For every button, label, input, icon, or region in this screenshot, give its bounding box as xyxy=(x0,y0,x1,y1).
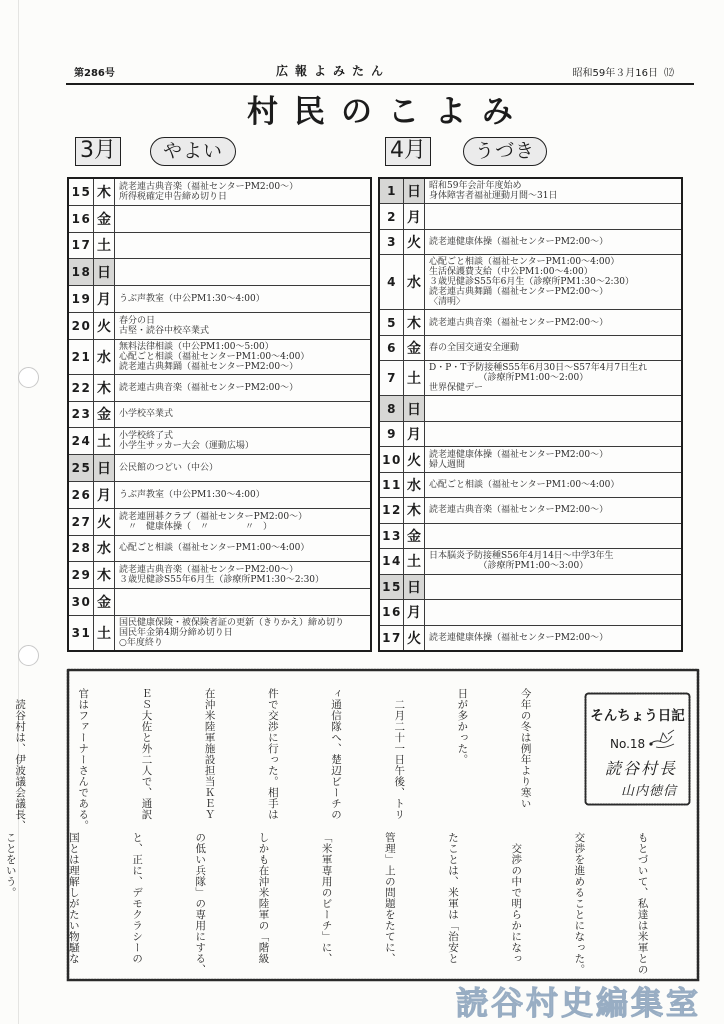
weekday-cell: 水 xyxy=(404,473,425,497)
weekday-cell: 水 xyxy=(94,536,115,562)
calendar-row: 2 月 xyxy=(380,204,681,229)
date-cell: 22 xyxy=(69,375,94,401)
event-text: 小学校終了式 小学生サッカー大会（運動広場） xyxy=(115,428,370,454)
calendar-row: 4 水 心配ごと相談（福祉センターPM1:00～4:00） 生活保護費支給（中公… xyxy=(380,255,681,310)
date-cell: 29 xyxy=(69,562,94,588)
event-text: 国民健康保険・被保険者証の更新（きりかえ）締め切り 国民年金第4期分締め切り日 … xyxy=(115,616,370,650)
weekday-cell: 水 xyxy=(94,340,115,374)
march-calendar: 15 木 読老連古典音楽（福祉センターPM2:00～） 所得税確定申告締め切り日… xyxy=(67,177,372,652)
date-cell: 28 xyxy=(69,536,94,562)
date-cell: 2 xyxy=(380,204,404,228)
event-text: 心配ごと相談（福祉センターPM1:00～4:00） 生活保護費支給（中公PM1:… xyxy=(425,255,681,309)
event-text xyxy=(115,233,370,259)
archive-watermark: 読谷村史編集室 xyxy=(456,978,701,1024)
calendar-row: 1 日 昭和59年会計年度始め 身体障害者福祉運動月間～31日 xyxy=(380,179,681,204)
author-title: 読谷村長 xyxy=(596,756,686,779)
calendar-row: 25 日 公民館のつどい（中公） xyxy=(69,455,370,482)
date-cell: 8 xyxy=(380,396,404,420)
calendar-row: 8 日 xyxy=(380,396,681,421)
date-cell: 6 xyxy=(380,336,404,360)
event-text: 読老連健康体操（福祉センターPM2:00～） xyxy=(425,626,681,650)
calendar-row: 23 金 小学校卒業式 xyxy=(69,402,370,429)
text-column: しかも在沖米陸軍の「階級 xyxy=(255,832,271,978)
diary-number: No.18 xyxy=(610,737,645,751)
weekday-cell: 日 xyxy=(94,455,115,481)
event-text xyxy=(425,422,681,446)
date-cell: 24 xyxy=(69,428,94,454)
event-text xyxy=(115,206,370,232)
weekday-cell: 金 xyxy=(94,589,115,615)
date-cell: 27 xyxy=(69,509,94,535)
calendar-row: 27 火 読老連囲碁クラブ（福祉センターPM2:00～） 〃 健康体操（ 〃 〃… xyxy=(69,509,370,536)
event-text xyxy=(425,396,681,420)
date-cell: 12 xyxy=(380,498,404,522)
calendar-row: 28 水 心配ごと相談（福祉センターPM1:00～4:00） xyxy=(69,536,370,563)
text-column: 官はファーナーさんである。 xyxy=(75,688,91,824)
text-column: 国とは理解しがたい物騒な xyxy=(65,832,81,978)
bird-sketch-icon xyxy=(646,728,680,754)
event-text: 読老連囲碁クラブ（福祉センターPM2:00～） 〃 健康体操（ 〃 〃 ） xyxy=(115,509,370,535)
weekday-cell: 金 xyxy=(94,206,115,232)
calendar-row: 3 火 読老連健康体操（福祉センターPM2:00～） xyxy=(380,230,681,255)
event-text xyxy=(115,589,370,615)
event-text: うぶ声教室（中公PM1:30～4:00） xyxy=(115,482,370,508)
date-cell: 23 xyxy=(69,402,94,428)
date-cell: 20 xyxy=(69,313,94,339)
weekday-cell: 月 xyxy=(404,422,425,446)
event-text xyxy=(115,259,370,285)
calendar-row: 19 月 うぶ声教室（中公PM1:30～4:00） xyxy=(69,286,370,313)
date-cell: 17 xyxy=(69,233,94,259)
text-column: たことは、米軍は「治安と xyxy=(444,832,460,978)
diary-title-box: そんちょう日記 No.18 読谷村長 山内徳信 xyxy=(584,692,691,806)
text-column: 件で交渉に行った。相手は xyxy=(264,688,280,824)
weekday-cell: 水 xyxy=(404,255,425,309)
calendar-row: 16 金 xyxy=(69,206,370,233)
issue-number: 第286号 xyxy=(74,64,115,79)
weekday-cell: 木 xyxy=(94,375,115,401)
event-text xyxy=(425,600,681,624)
calendar-row: 14 土 日本脳炎予防接種S56年4月14日～中学3年生 （診療所PM1:00～… xyxy=(380,549,681,574)
weekday-cell: 火 xyxy=(404,230,425,254)
date-cell: 11 xyxy=(380,473,404,497)
weekday-cell: 火 xyxy=(404,447,425,471)
date-cell: 31 xyxy=(69,616,94,650)
date-cell: 26 xyxy=(69,482,94,508)
calendar-row: 18 日 xyxy=(69,259,370,286)
event-text: 読老連古典音楽（福祉センターPM2:00～） 所得税確定申告締め切り日 xyxy=(115,179,370,205)
date-cell: 5 xyxy=(380,310,404,334)
calendar-row: 26 月 うぶ声教室（中公PM1:30～4:00） xyxy=(69,482,370,509)
weekday-cell: 木 xyxy=(94,179,115,205)
text-column: の低い兵隊」の専用にする、 xyxy=(192,832,208,978)
march-month-name: やよい xyxy=(150,137,236,166)
weekday-cell: 日 xyxy=(404,396,425,420)
date-cell: 10 xyxy=(380,447,404,471)
event-text: 春の全国交通安全運動 xyxy=(425,336,681,360)
text-column: 管理」上の問題をたてに、 xyxy=(381,832,397,978)
date-cell: 13 xyxy=(380,524,404,548)
calendar-row: 29 木 読老連古典音楽（福祉センターPM2:00～） ３歳児健診S55年6月生… xyxy=(69,562,370,589)
text-column: 二月二十一日午後、トリ xyxy=(390,688,406,824)
text-column: 日が多かった。 xyxy=(454,688,470,824)
date-cell: 1 xyxy=(380,179,404,203)
event-text xyxy=(425,524,681,548)
calendar-row: 11 水 心配ごと相談（福祉センターPM1:00～4:00） xyxy=(380,473,681,498)
weekday-cell: 火 xyxy=(404,626,425,650)
date-cell: 17 xyxy=(380,626,404,650)
page-number: ⑿ xyxy=(664,68,674,79)
calendar-row: 20 火 春分の日 古堅・読谷中校卒業式 xyxy=(69,313,370,340)
weekday-cell: 金 xyxy=(404,524,425,548)
april-month-name: うづき xyxy=(463,137,547,166)
mayor-diary-article: 今年の冬は例年より寒い 日が多かった。 二月二十一日午後、トリ ィ通信隊へ、楚辺… xyxy=(66,668,700,982)
event-text: うぶ声教室（中公PM1:30～4:00） xyxy=(115,286,370,312)
article-text-lower: もとづいて、私達は米軍との 交渉を進めることになった。 交渉の中で明らかになっ … xyxy=(0,832,697,978)
text-column: 交渉の中で明らかになっ xyxy=(507,832,523,978)
event-text: 春分の日 古堅・読谷中校卒業式 xyxy=(115,313,370,339)
calendar-row: 30 金 xyxy=(69,589,370,616)
binder-hole xyxy=(18,645,39,666)
event-text: 読老連古典音楽（福祉センターPM2:00～） xyxy=(425,498,681,522)
date-cell: 18 xyxy=(69,259,94,285)
weekday-cell: 土 xyxy=(94,616,115,650)
event-text: 無料法律相談（中公PM1:00～5:00） 心配ごと相談（福祉センターPM1:0… xyxy=(115,340,370,374)
weekday-cell: 金 xyxy=(404,336,425,360)
text-column: 在沖米陸軍施設担当ＫＥＹ xyxy=(201,688,217,824)
binder-hole xyxy=(18,367,39,388)
event-text: 読老連古典音楽（福祉センターPM2:00～） xyxy=(115,375,370,401)
weekday-cell: 木 xyxy=(94,562,115,588)
calendar-row: 7 土 D・P・T予防接種S55年6月30日～S57年4月7日生れ （診療所PM… xyxy=(380,361,681,396)
event-text: 公民館のつどい（中公） xyxy=(115,455,370,481)
article-text-upper: 今年の冬は例年より寒い 日が多かった。 二月二十一日午後、トリ ィ通信隊へ、楚辺… xyxy=(0,688,580,824)
weekday-cell: 日 xyxy=(94,259,115,285)
event-text: 心配ごと相談（福祉センターPM1:00～4:00） xyxy=(115,536,370,562)
event-text: 日本脳炎予防接種S56年4月14日～中学3年生 （診療所PM1:00～3:00） xyxy=(425,549,681,573)
issue-date: 昭和59年３月16日⑿ xyxy=(573,64,674,79)
weekday-cell: 月 xyxy=(94,482,115,508)
calendar-row: 17 土 xyxy=(69,233,370,260)
header-rule xyxy=(66,83,694,85)
event-text xyxy=(425,575,681,599)
weekday-cell: 土 xyxy=(94,233,115,259)
text-column: 「米軍専用のビーチ」に、 xyxy=(318,832,334,978)
weekday-cell: 土 xyxy=(94,428,115,454)
date-cell: 19 xyxy=(69,286,94,312)
calendar-row: 6 金 春の全国交通安全運動 xyxy=(380,336,681,361)
calendar-row: 15 木 読老連古典音楽（福祉センターPM2:00～） 所得税確定申告締め切り日 xyxy=(69,179,370,206)
calendar-row: 17 火 読老連健康体操（福祉センターPM2:00～） xyxy=(380,626,681,650)
date-cell: 16 xyxy=(380,600,404,624)
text-column: ィ通信隊へ、楚辺ビーチの xyxy=(327,688,343,824)
weekday-cell: 金 xyxy=(94,402,115,428)
text-column: 交渉を進めることになった。 xyxy=(571,832,587,978)
weekday-cell: 日 xyxy=(404,575,425,599)
date-cell: 9 xyxy=(380,422,404,446)
calendar-row: 13 金 xyxy=(380,524,681,549)
event-text: 昭和59年会計年度始め 身体障害者福祉運動月間～31日 xyxy=(425,179,681,203)
text-column: ＥＳ大佐と外二人で、通訳 xyxy=(138,688,154,824)
april-month-label: 4月 xyxy=(385,137,431,166)
text-column: と、正に、デモクラシーの xyxy=(128,832,144,978)
page-title: 村民のこよみ xyxy=(190,86,570,131)
weekday-cell: 木 xyxy=(404,498,425,522)
april-calendar: 1 日 昭和59年会計年度始め 身体障害者福祉運動月間～31日 2 月 3 火 … xyxy=(378,177,683,652)
calendar-row: 21 水 無料法律相談（中公PM1:00～5:00） 心配ごと相談（福祉センター… xyxy=(69,340,370,375)
event-text: 読老連健康体操（福祉センターPM2:00～） 婦人週間 xyxy=(425,447,681,471)
text-column: 今年の冬は例年より寒い xyxy=(517,688,533,824)
weekday-cell: 月 xyxy=(404,600,425,624)
calendar-row: 15 日 xyxy=(380,575,681,600)
event-text: 読老連健康体操（福祉センターPM2:00～） xyxy=(425,230,681,254)
calendar-row: 12 木 読老連古典音楽（福祉センターPM2:00～） xyxy=(380,498,681,523)
event-text xyxy=(425,204,681,228)
date-cell: 21 xyxy=(69,340,94,374)
date-cell: 4 xyxy=(380,255,404,309)
date-cell: 30 xyxy=(69,589,94,615)
weekday-cell: 火 xyxy=(94,313,115,339)
date-cell: 3 xyxy=(380,230,404,254)
event-text: 小学校卒業式 xyxy=(115,402,370,428)
date-text: 昭和59年３月16日 xyxy=(573,68,658,79)
event-text: D・P・T予防接種S55年6月30日～S57年4月7日生れ （診療所PM1:00… xyxy=(425,361,681,395)
text-column: 読谷村は、伊波議会議長、 xyxy=(11,688,27,824)
text-column: ことをいう。 xyxy=(2,832,18,978)
weekday-cell: 土 xyxy=(404,549,425,573)
weekday-cell: 火 xyxy=(94,509,115,535)
calendar-row: 31 土 国民健康保険・被保険者証の更新（きりかえ）締め切り 国民年金第4期分締… xyxy=(69,616,370,650)
weekday-cell: 木 xyxy=(404,310,425,334)
event-text: 心配ごと相談（福祉センターPM1:00～4:00） xyxy=(425,473,681,497)
event-text: 読老連古典音楽（福祉センターPM2:00～） ３歳児健診S55年6月生（診療所P… xyxy=(115,562,370,588)
calendar-row: 5 木 読老連古典音楽（福祉センターPM2:00～） xyxy=(380,310,681,335)
date-cell: 15 xyxy=(69,179,94,205)
date-cell: 16 xyxy=(69,206,94,232)
diary-title: そんちょう日記 xyxy=(584,704,691,724)
calendar-row: 24 土 小学校終了式 小学生サッカー大会（運動広場） xyxy=(69,428,370,455)
calendar-row: 10 火 読老連健康体操（福祉センターPM2:00～） 婦人週間 xyxy=(380,447,681,472)
weekday-cell: 月 xyxy=(404,204,425,228)
calendar-row: 16 月 xyxy=(380,600,681,625)
author-name: 山内徳信 xyxy=(614,780,684,799)
publication-name: 広報よみたん xyxy=(258,62,408,79)
calendar-row: 9 月 xyxy=(380,422,681,447)
event-text: 読老連古典音楽（福祉センターPM2:00～） xyxy=(425,310,681,334)
weekday-cell: 土 xyxy=(404,361,425,395)
date-cell: 14 xyxy=(380,549,404,573)
date-cell: 25 xyxy=(69,455,94,481)
date-cell: 15 xyxy=(380,575,404,599)
date-cell: 7 xyxy=(380,361,404,395)
weekday-cell: 月 xyxy=(94,286,115,312)
text-column: もとづいて、私達は米軍との xyxy=(634,832,650,978)
weekday-cell: 日 xyxy=(404,179,425,203)
march-month-label: 3月 xyxy=(75,137,121,166)
calendar-row: 22 木 読老連古典音楽（福祉センターPM2:00～） xyxy=(69,375,370,402)
